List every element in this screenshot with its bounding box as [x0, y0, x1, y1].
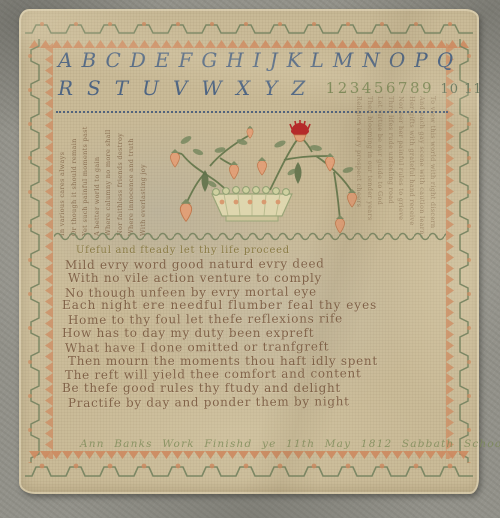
left-verse-line: In various cares always: [57, 118, 69, 236]
alphabet-row-1: ABCDEFGHIJKLMNOPQ: [58, 48, 448, 72]
top-sawtooth-border: [29, 39, 469, 48]
verse-line: How has to day my duty been expreft: [62, 327, 412, 341]
bottom-meander-border: [25, 462, 473, 481]
top-meander-border: [25, 20, 473, 37]
strawberry-icon: [348, 189, 357, 207]
left-sawtooth-border: [44, 43, 53, 459]
alphabet-row-2-letters: RSTUVWXYZ: [58, 76, 319, 100]
left-meander-border: [26, 39, 43, 463]
scroll-divider: [54, 232, 446, 241]
strawberry-icon: [258, 157, 267, 175]
signature-line: Ann Banks Work Finishd ye 11th May 1812 …: [80, 438, 420, 450]
right-verse-line: Then blooming in our tender years: [365, 96, 376, 241]
strawberry-icon: [336, 215, 345, 233]
right-verse-line: Her gifts with grateful hand receive: [407, 96, 418, 241]
strawberry-icon: [180, 199, 191, 222]
strawberry-icon: [171, 149, 180, 167]
right-meander-border: [456, 39, 473, 463]
verse-line: Ufeful and fteady let thy life proceed: [76, 244, 412, 258]
strawberry-basket-motif: [150, 110, 362, 238]
verse-line: With no vile action venture to comply: [68, 272, 412, 286]
basket-icon: [212, 187, 292, 221]
left-verse-line: Nor faithless friends destroy: [115, 118, 127, 236]
left-verse-line: With everlasting joy: [138, 118, 150, 236]
right-verse-line: And each gay scene with caution learn: [417, 96, 428, 241]
left-verse-line: Where innocence and truth: [126, 118, 138, 236]
red-flower-icon: [290, 120, 310, 142]
right-verse-line: Nor eer her painful rules to grieve: [396, 96, 407, 241]
left-verse-line: A better world to gain: [92, 118, 104, 236]
left-verse-line: Where calumny no more shall: [103, 118, 115, 236]
bottom-sawtooth-border: [29, 451, 469, 460]
verse-line: Practife by day and ponder them by night: [68, 395, 412, 411]
left-verse-line: Yet such painful moments past: [80, 118, 92, 236]
left-verse-line: Or though it should remain: [69, 118, 81, 236]
verse-line: Be thefe good rules thy ftudy and deligh…: [62, 382, 412, 396]
sampler-photo: ABCDEFGHIJKLMNOPQ RSTUVWXYZ 123456789 10…: [0, 0, 500, 518]
right-verse-line: Let virtue be our guide to God: [375, 96, 386, 241]
verse-block: Ufeful and fteady let thy life proceedMi…: [62, 244, 412, 410]
right-verse-line: To view this world with right discern: [428, 96, 439, 241]
right-vertical-verse: To view this world with right discernAnd…: [352, 96, 440, 242]
right-verse-line: Thro lifes rude unfeeling road: [386, 96, 397, 241]
left-vertical-verse: In various cares alwaysOr though it shou…: [57, 118, 151, 238]
right-sawtooth-border: [446, 43, 455, 459]
alphabet-numbers-tail: 10 11: [440, 82, 482, 97]
alphabet-numbers: 123456789: [326, 79, 434, 97]
